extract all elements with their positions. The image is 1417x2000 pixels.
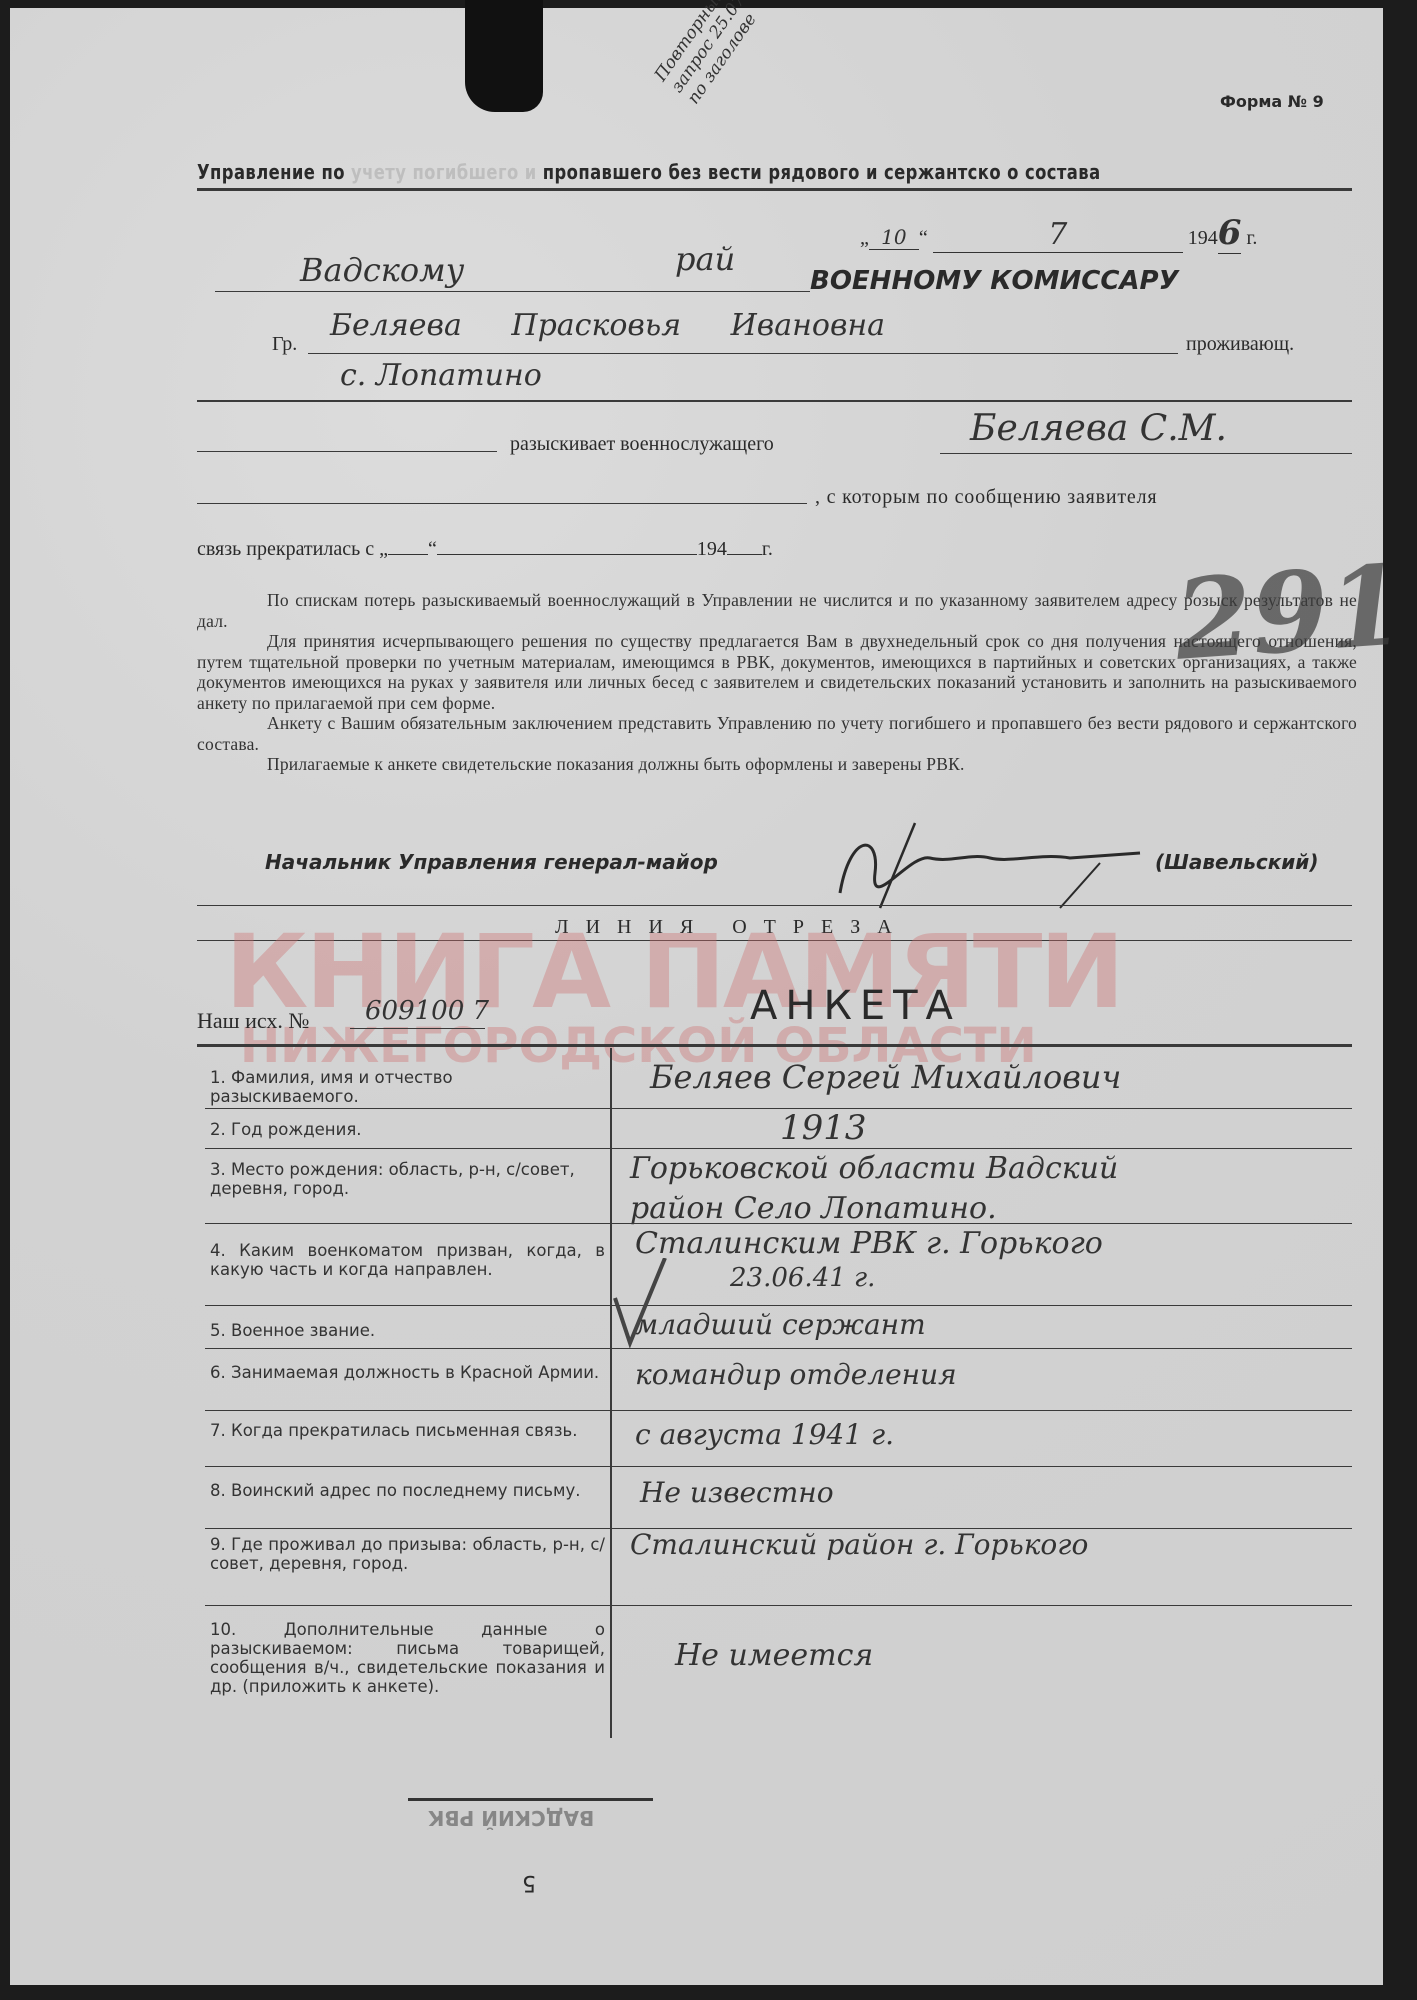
ink-blot — [465, 0, 543, 112]
soldier-line — [940, 453, 1352, 454]
signature-title: Начальник Управления генерал-майор — [265, 850, 718, 874]
cut-line-top — [197, 905, 1352, 906]
row-label: 8. Воинский адрес по последнему письму. — [210, 1481, 605, 1500]
form-number: Форма № 9 — [1220, 92, 1324, 111]
header-underline — [197, 188, 1352, 191]
row-divider — [205, 1305, 1352, 1306]
blank-line — [197, 503, 807, 504]
row-label: 7. Когда прекратилась письменная связь. — [210, 1421, 605, 1440]
address-line — [197, 400, 1352, 402]
ref-number: 609100 7 — [365, 996, 489, 1026]
stamp: ВАДСКИЙ РВК — [408, 1798, 658, 1838]
row-label: 5. Военное звание. — [210, 1321, 605, 1340]
applicant-name: Беляева Прасковья Ивановна — [330, 308, 885, 343]
row-divider — [205, 1410, 1352, 1411]
ref-line — [350, 1028, 485, 1029]
row-value: Не имеется — [675, 1638, 873, 1673]
watermark-line1: КНИГА ПАМЯТИ — [225, 913, 1122, 1032]
margin-note: Повторный запрос 25.07.46. по заголове — [651, 0, 785, 108]
contact-label: , с которым по сообщению заявителя — [815, 486, 1157, 509]
search-label: разыскивает военнослужащего — [510, 433, 774, 456]
row-value: 1913 — [780, 1108, 867, 1148]
row-label: 1. Фамилия, имя и отчество разыскиваемог… — [210, 1068, 605, 1106]
row-label: 2. Год рождения. — [210, 1120, 605, 1139]
margin-number: 291 — [1171, 540, 1409, 685]
applicant-prefix: Гр. — [272, 333, 297, 356]
row-divider — [205, 1108, 1352, 1109]
district-handwritten: Вадскому — [300, 251, 464, 289]
questionnaire-title: АНКЕТА — [750, 983, 961, 1029]
applicant-address: с. Лопатино — [340, 358, 542, 393]
row-label: 10. Дополнительные данные о разыскиваемо… — [210, 1620, 605, 1696]
addressee-line — [215, 291, 810, 292]
document-page: Форма № 9 Повторный запрос 25.07.46. по … — [10, 8, 1383, 1985]
row-divider — [205, 1466, 1352, 1467]
soldier-handwritten: Беляева С.М. — [970, 408, 1227, 449]
date-line: „10“ 7 1946 г. — [860, 213, 1257, 253]
row-divider — [205, 1148, 1352, 1149]
applicant-line — [308, 353, 1178, 354]
row-divider — [205, 1348, 1352, 1349]
department-header: Управление по учету погибшего и пропавше… — [197, 160, 1101, 184]
row-value: командир отделения — [635, 1358, 957, 1391]
row-divider — [205, 1605, 1352, 1606]
row-value: Беляев Сергей Михайлович — [650, 1058, 1121, 1096]
row-value: Сталинский район г. Горького — [630, 1528, 1088, 1561]
blank-line — [197, 451, 497, 452]
row-label: 3. Место рождения: область, р-н, с/совет… — [210, 1160, 605, 1198]
lost-contact-line: связь прекратилась с „“194г. — [197, 538, 773, 561]
row-value: 23.06.41 г. — [730, 1263, 875, 1293]
row-value: Сталинским РВК г. Горького — [635, 1226, 1103, 1261]
addressee-title: ВОЕННОМУ КОМИССАРУ — [810, 266, 1179, 296]
ref-label: Наш исх. № — [197, 1008, 309, 1034]
page-number: 5 — [522, 1870, 536, 1895]
check-mark — [610, 1258, 670, 1348]
signature-name: (Шавельский) — [1155, 850, 1318, 874]
row-value: младший сержант — [635, 1308, 926, 1341]
row-label: 4. Каким военкоматом призван, когда, в к… — [210, 1241, 605, 1279]
signature-scribble — [820, 813, 1150, 913]
row-value: с августа 1941 г. — [635, 1418, 894, 1451]
row-value: Горьковской области Вадский — [630, 1151, 1118, 1186]
table-top-line — [197, 1044, 1352, 1047]
row-label: 6. Занимаемая должность в Красной Армии. — [210, 1363, 605, 1382]
row-value: Не известно — [640, 1476, 834, 1509]
residing-label: проживающ. — [1186, 333, 1294, 356]
row-divider — [205, 1223, 1352, 1224]
paragraph: Прилагаемые к анкете свидетельские показ… — [197, 754, 1357, 775]
row-value: район Село Лопатино. — [630, 1191, 997, 1226]
table-divider — [610, 1048, 612, 1738]
district-type-handwritten: рай — [675, 240, 735, 278]
paragraph: Анкету с Вашим обязательным заключением … — [197, 713, 1357, 754]
row-label: 9. Где проживал до призыва: область, р-н… — [210, 1535, 605, 1573]
